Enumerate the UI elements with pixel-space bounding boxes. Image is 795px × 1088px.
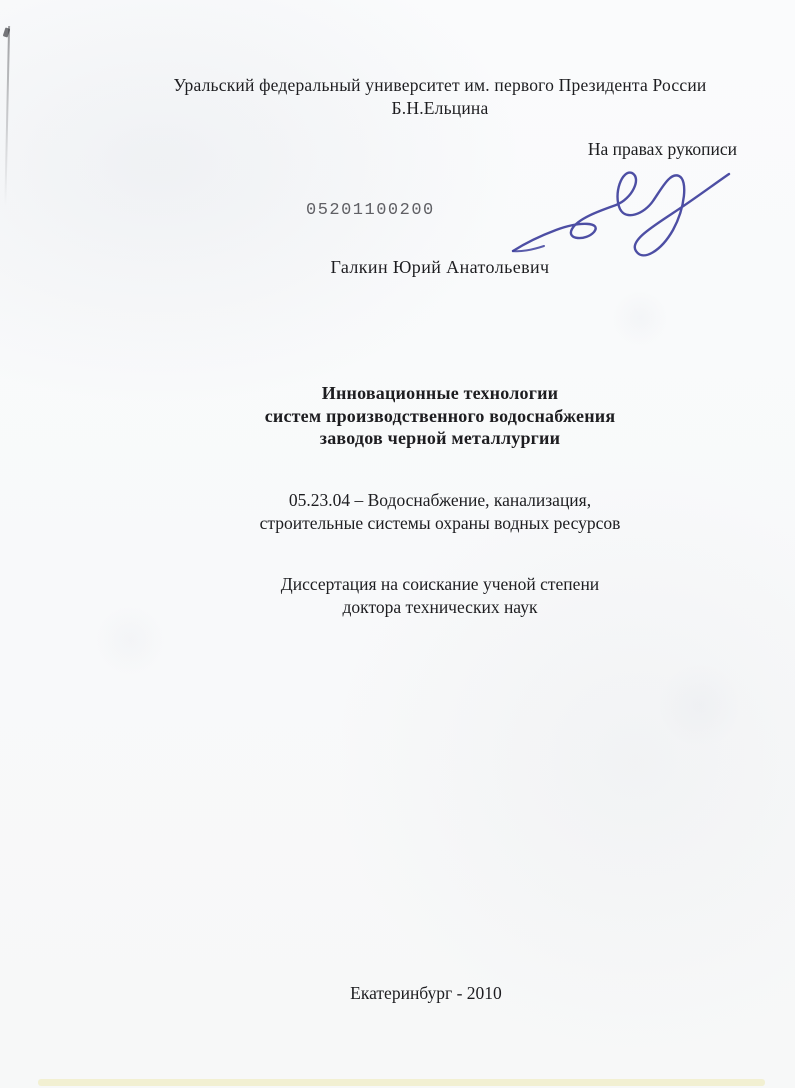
scan-edge-artifact xyxy=(4,26,10,226)
university-name-line1: Уральский федеральный университет им. пе… xyxy=(90,74,790,97)
dissertation-title-line2: систем производственного водоснабжения xyxy=(90,405,790,428)
signature-icon xyxy=(510,156,742,272)
dissertation-title: Инновационные технологии систем производ… xyxy=(90,382,790,450)
specialty: 05.23.04 – Водоснабжение, канализация, с… xyxy=(90,489,790,534)
degree-statement: Диссертация на соискание ученой степени … xyxy=(90,573,790,618)
degree-statement-line2: доктора технических наук xyxy=(90,596,790,619)
university-name: Уральский федеральный университет им. пе… xyxy=(90,74,790,120)
city-year: Екатеринбург - 2010 xyxy=(76,983,776,1004)
registration-number: 05201100200 xyxy=(306,201,435,220)
dissertation-title-line1: Инновационные технологии xyxy=(90,382,790,405)
dissertation-title-line3: заводов черной металлургии xyxy=(90,427,790,450)
university-name-line2: Б.Н.Ельцина xyxy=(90,97,790,120)
scan-bottom-strip-artifact xyxy=(38,1079,765,1086)
specialty-line2: строительные системы охраны водных ресур… xyxy=(90,512,790,535)
author-name: Галкин Юрий Анатольевич xyxy=(90,257,790,278)
title-page: Уральский федеральный университет им. пе… xyxy=(0,0,795,1088)
degree-statement-line1: Диссертация на соискание ученой степени xyxy=(90,573,790,596)
specialty-line1: 05.23.04 – Водоснабжение, канализация, xyxy=(90,489,790,512)
